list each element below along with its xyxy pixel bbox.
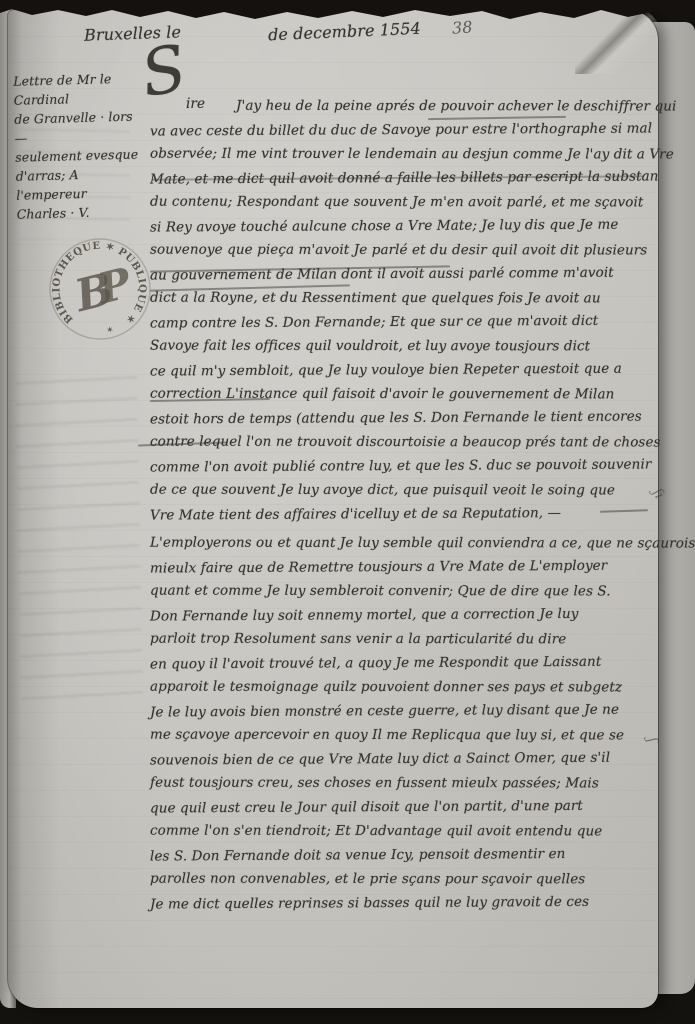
handwritten-line: Je le luy avois bien monstré en ceste gu… (150, 697, 650, 724)
handwritten-line: Je me dict quelles reprinses si basses q… (150, 889, 650, 916)
handwritten-line: estoit hors de temps (attendu que les S.… (150, 404, 650, 431)
handwritten-line: ce quil m'y sembloit, que Je luy vouloye… (150, 356, 650, 383)
handwritten-line: comme l'on s'en tiendroit; Et D'advantag… (150, 819, 650, 844)
bleed-through-text (15, 371, 143, 713)
manuscript-body: J'ay heu de la peine aprés de pouvoir ac… (150, 94, 650, 915)
handwritten-line: va avec ceste du billet du duc de Savoye… (150, 116, 650, 143)
margin-note-line: Charles · V. (17, 201, 149, 223)
handwritten-line: de ce que souvent Je luy avoye dict, que… (150, 478, 650, 503)
handwritten-line: comme l'on avoit publié contre luy, et q… (150, 452, 650, 479)
folio-number: 38 (451, 17, 473, 37)
handwritten-line: du contenu; Respondant que souvent Je m'… (150, 190, 650, 215)
handwritten-line: me sçavoye apercevoir en quoy Il me Repl… (150, 723, 650, 748)
handwritten-line: camp contre les S. Don Fernande; Et que … (150, 308, 650, 335)
handwritten-line: quant et comme Je luy sembleroit conveni… (150, 579, 650, 604)
handwritten-line: J'ay heu de la peine aprés de pouvoir ac… (150, 94, 650, 119)
handwritten-line: Savoye fait les offices quil vouldroit, … (150, 334, 650, 359)
handwritten-line: correction L'instance quil faisoit d'avo… (150, 382, 650, 407)
handwritten-line: parloit trop Resolument sans venir a la … (150, 627, 650, 652)
handwritten-line: feust tousjours creu, ses choses en fuss… (150, 771, 650, 796)
margin-note-line: d'arras; A l'empereur (16, 163, 149, 204)
handwritten-line: en quoy il l'avoit trouvé tel, a quoy Je… (150, 649, 650, 676)
handwritten-line: souvenoye que pieça m'avoit Je parlé et … (150, 238, 650, 263)
handwritten-line: souvenois bien de ce que Vre Mate luy di… (150, 745, 650, 772)
handwritten-line: au gouvernement de Milan dont il avoit a… (150, 260, 650, 287)
margin-note-line: Lettre de Mr le Cardinal (13, 68, 146, 109)
margin-note-line: de Granvelle · lors — (14, 106, 147, 147)
handwritten-line: mieulx faire que de Remettre tousjours a… (150, 553, 650, 580)
handwritten-line: apparoit le tesmoignage quilz pouvoient … (150, 675, 650, 700)
handwritten-line: Vre Mate tient des affaires d'icelluy et… (150, 500, 650, 527)
margin-note: Lettre de Mr le Cardinal de Granvelle · … (13, 68, 149, 223)
handwritten-line: Don Fernande luy soit ennemy mortel, que… (150, 601, 650, 628)
stamp-bottom-ornament: ✶ (105, 325, 115, 337)
handwritten-line: observée; Il me vint trouver le lendemai… (150, 142, 650, 167)
handwritten-line: les S. Don Fernande doit sa venue Icy, p… (150, 841, 650, 868)
handwritten-line: si Rey avoye touché aulcune chose a Vre … (150, 212, 650, 239)
handwritten-line: que quil eust creu le Jour quil disoit q… (150, 793, 650, 820)
handwritten-line: L'employerons ou et quant Je luy semble … (150, 531, 650, 556)
margin-note-line: seulement evesque (15, 144, 147, 166)
handwritten-line: parolles non convenables, et le prie sça… (150, 867, 650, 892)
manuscript-scan: Bruxelles le de decembre 1554 38 Lettre … (0, 0, 695, 1024)
